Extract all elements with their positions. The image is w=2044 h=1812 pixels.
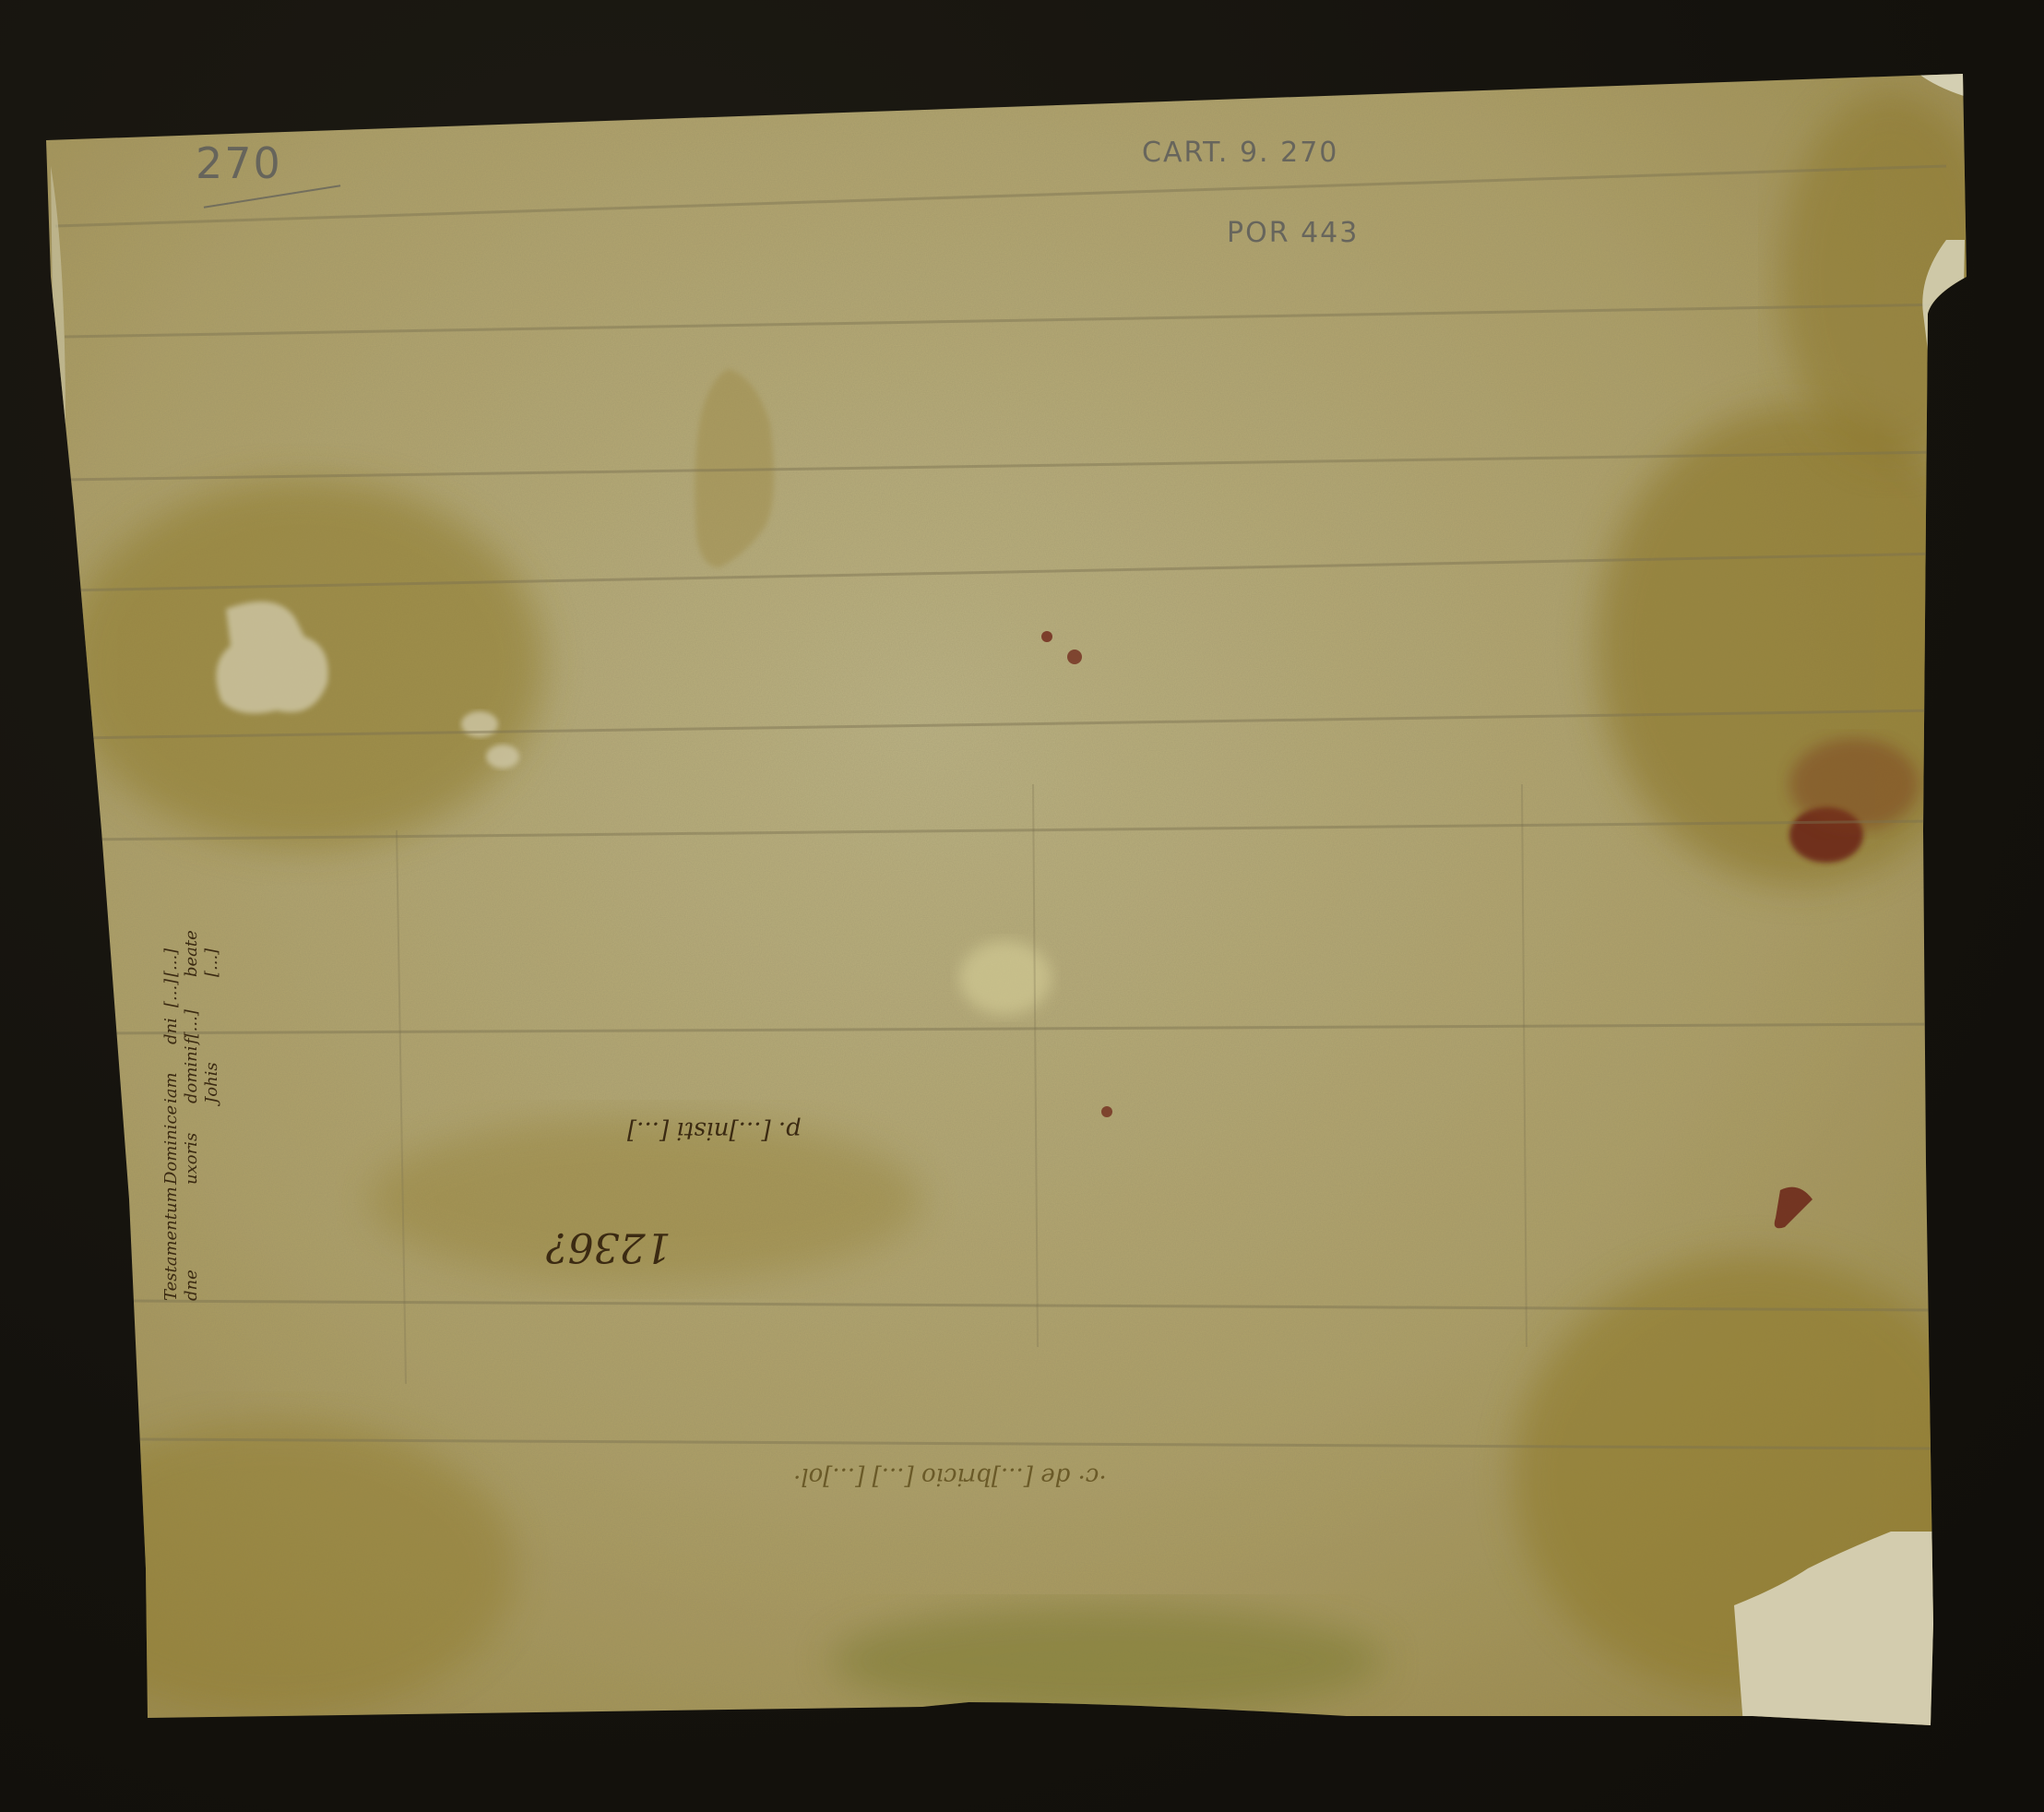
dorsal-note-center: p. [...]nisti [...]: [627, 1116, 802, 1144]
dorsal-note-bottom: ·c· de [...]bricio [...] [...]ol·: [793, 1462, 1107, 1490]
folio-underline: [204, 185, 340, 208]
document-annotations: 270 CART. 9. 270 POR 443 1236? p. [...]n…: [0, 0, 2044, 1812]
dorsal-note-left-vertical: Testamentum dne Dominice uxoris iam domi…: [161, 1052, 222, 1301]
archive-reference: POR 443: [1227, 217, 1359, 249]
shelfmark: CART. 9. 270: [1142, 137, 1338, 169]
folio-number: 270: [196, 138, 282, 188]
year-note-upside-down: 1236?: [546, 1223, 671, 1270]
